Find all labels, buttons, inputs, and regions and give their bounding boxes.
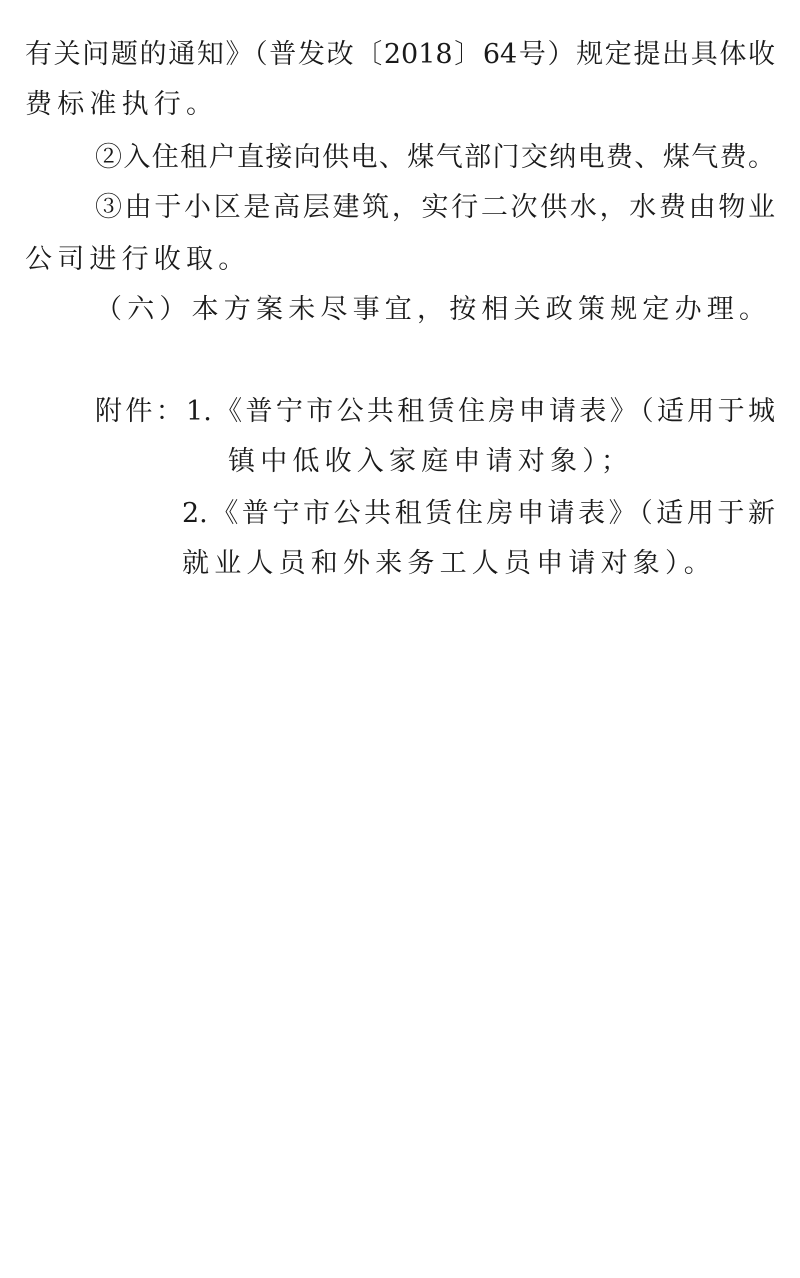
attachment-2-line-1: 2.《普宁市公共租赁住房申请表》（适用于新 xyxy=(182,497,775,531)
attachment-1-line-2: 镇中低收入家庭申请对象）； xyxy=(228,445,633,479)
attachment-1-line-1: 附件：1.《普宁市公共租赁住房申请表》（适用于城 xyxy=(95,395,775,429)
item-2-line: ②入住租户直接向供电、煤气部门交纳电费、煤气费。 xyxy=(95,141,775,175)
paragraph-line-1: 有关问题的通知》（普发改〔2018〕64号）规定提出具体收 xyxy=(25,38,775,72)
paragraph-line-2: 费标准执行。 xyxy=(25,88,218,122)
item-3-line-1: ③由于小区是高层建筑，实行二次供水，水费由物业 xyxy=(95,191,775,225)
attachment-2-line-2: 就业人员和外来务工人员申请对象）。 xyxy=(182,547,716,581)
item-3-line-2: 公司进行收取。 xyxy=(25,243,250,277)
section-6-line: （六）本方案未尽事宜，按相关政策规定办理。 xyxy=(95,293,771,327)
